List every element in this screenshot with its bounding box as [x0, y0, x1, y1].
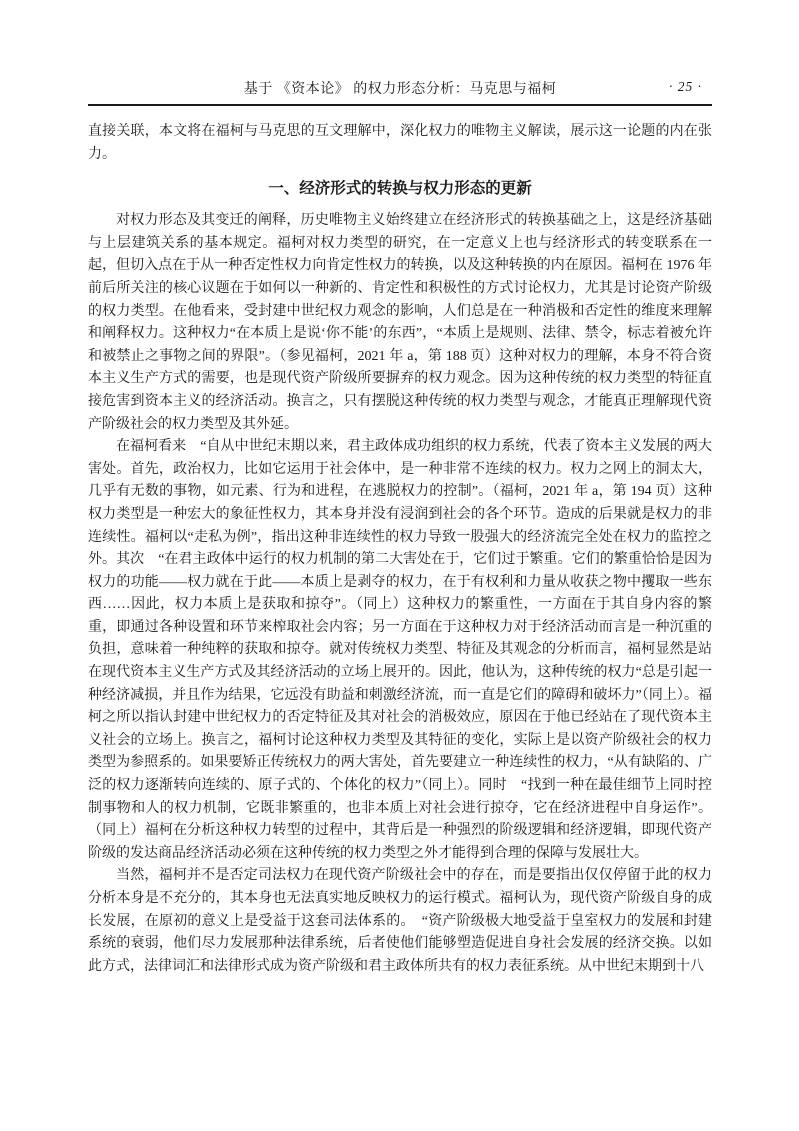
article-body: 直接关联，本文将在福柯与马克思的互文理解中，深化权力的唯物主义解读，展示这一论题… — [88, 121, 712, 978]
paragraph-body-2: 在福柯看来 “自从中世纪末期以来，君主政体成功组织的权力系统，代表了资本主义发展… — [88, 436, 712, 865]
paragraph-body-3: 当然，福柯并不是否定司法权力在现代资产阶级社会中的存在，而是要指出仅仅停留于此的… — [88, 865, 712, 978]
paragraph-continuation: 直接关联，本文将在福柯与马克思的互文理解中，深化权力的唯物主义解读，展示这一论题… — [88, 121, 712, 166]
page-number: · 25 · — [669, 79, 702, 95]
document-page: 基于 《资本论》 的权力形态分析：马克思与福柯 · 25 · 直接关联，本文将在… — [0, 0, 799, 1131]
page-header: 基于 《资本论》 的权力形态分析：马克思与福柯 · 25 · — [88, 78, 712, 102]
running-title: 基于 《资本论》 的权力形态分析：马克思与福柯 — [88, 78, 712, 98]
header-rule — [88, 104, 712, 106]
section-heading: 一、经济形式的转换与权力形态的更新 — [88, 177, 712, 201]
paragraph-body-1: 对权力形态及其变迁的阐释，历史唯物主义始终建立在经济形式的转换基础之上，这是经济… — [88, 210, 712, 436]
